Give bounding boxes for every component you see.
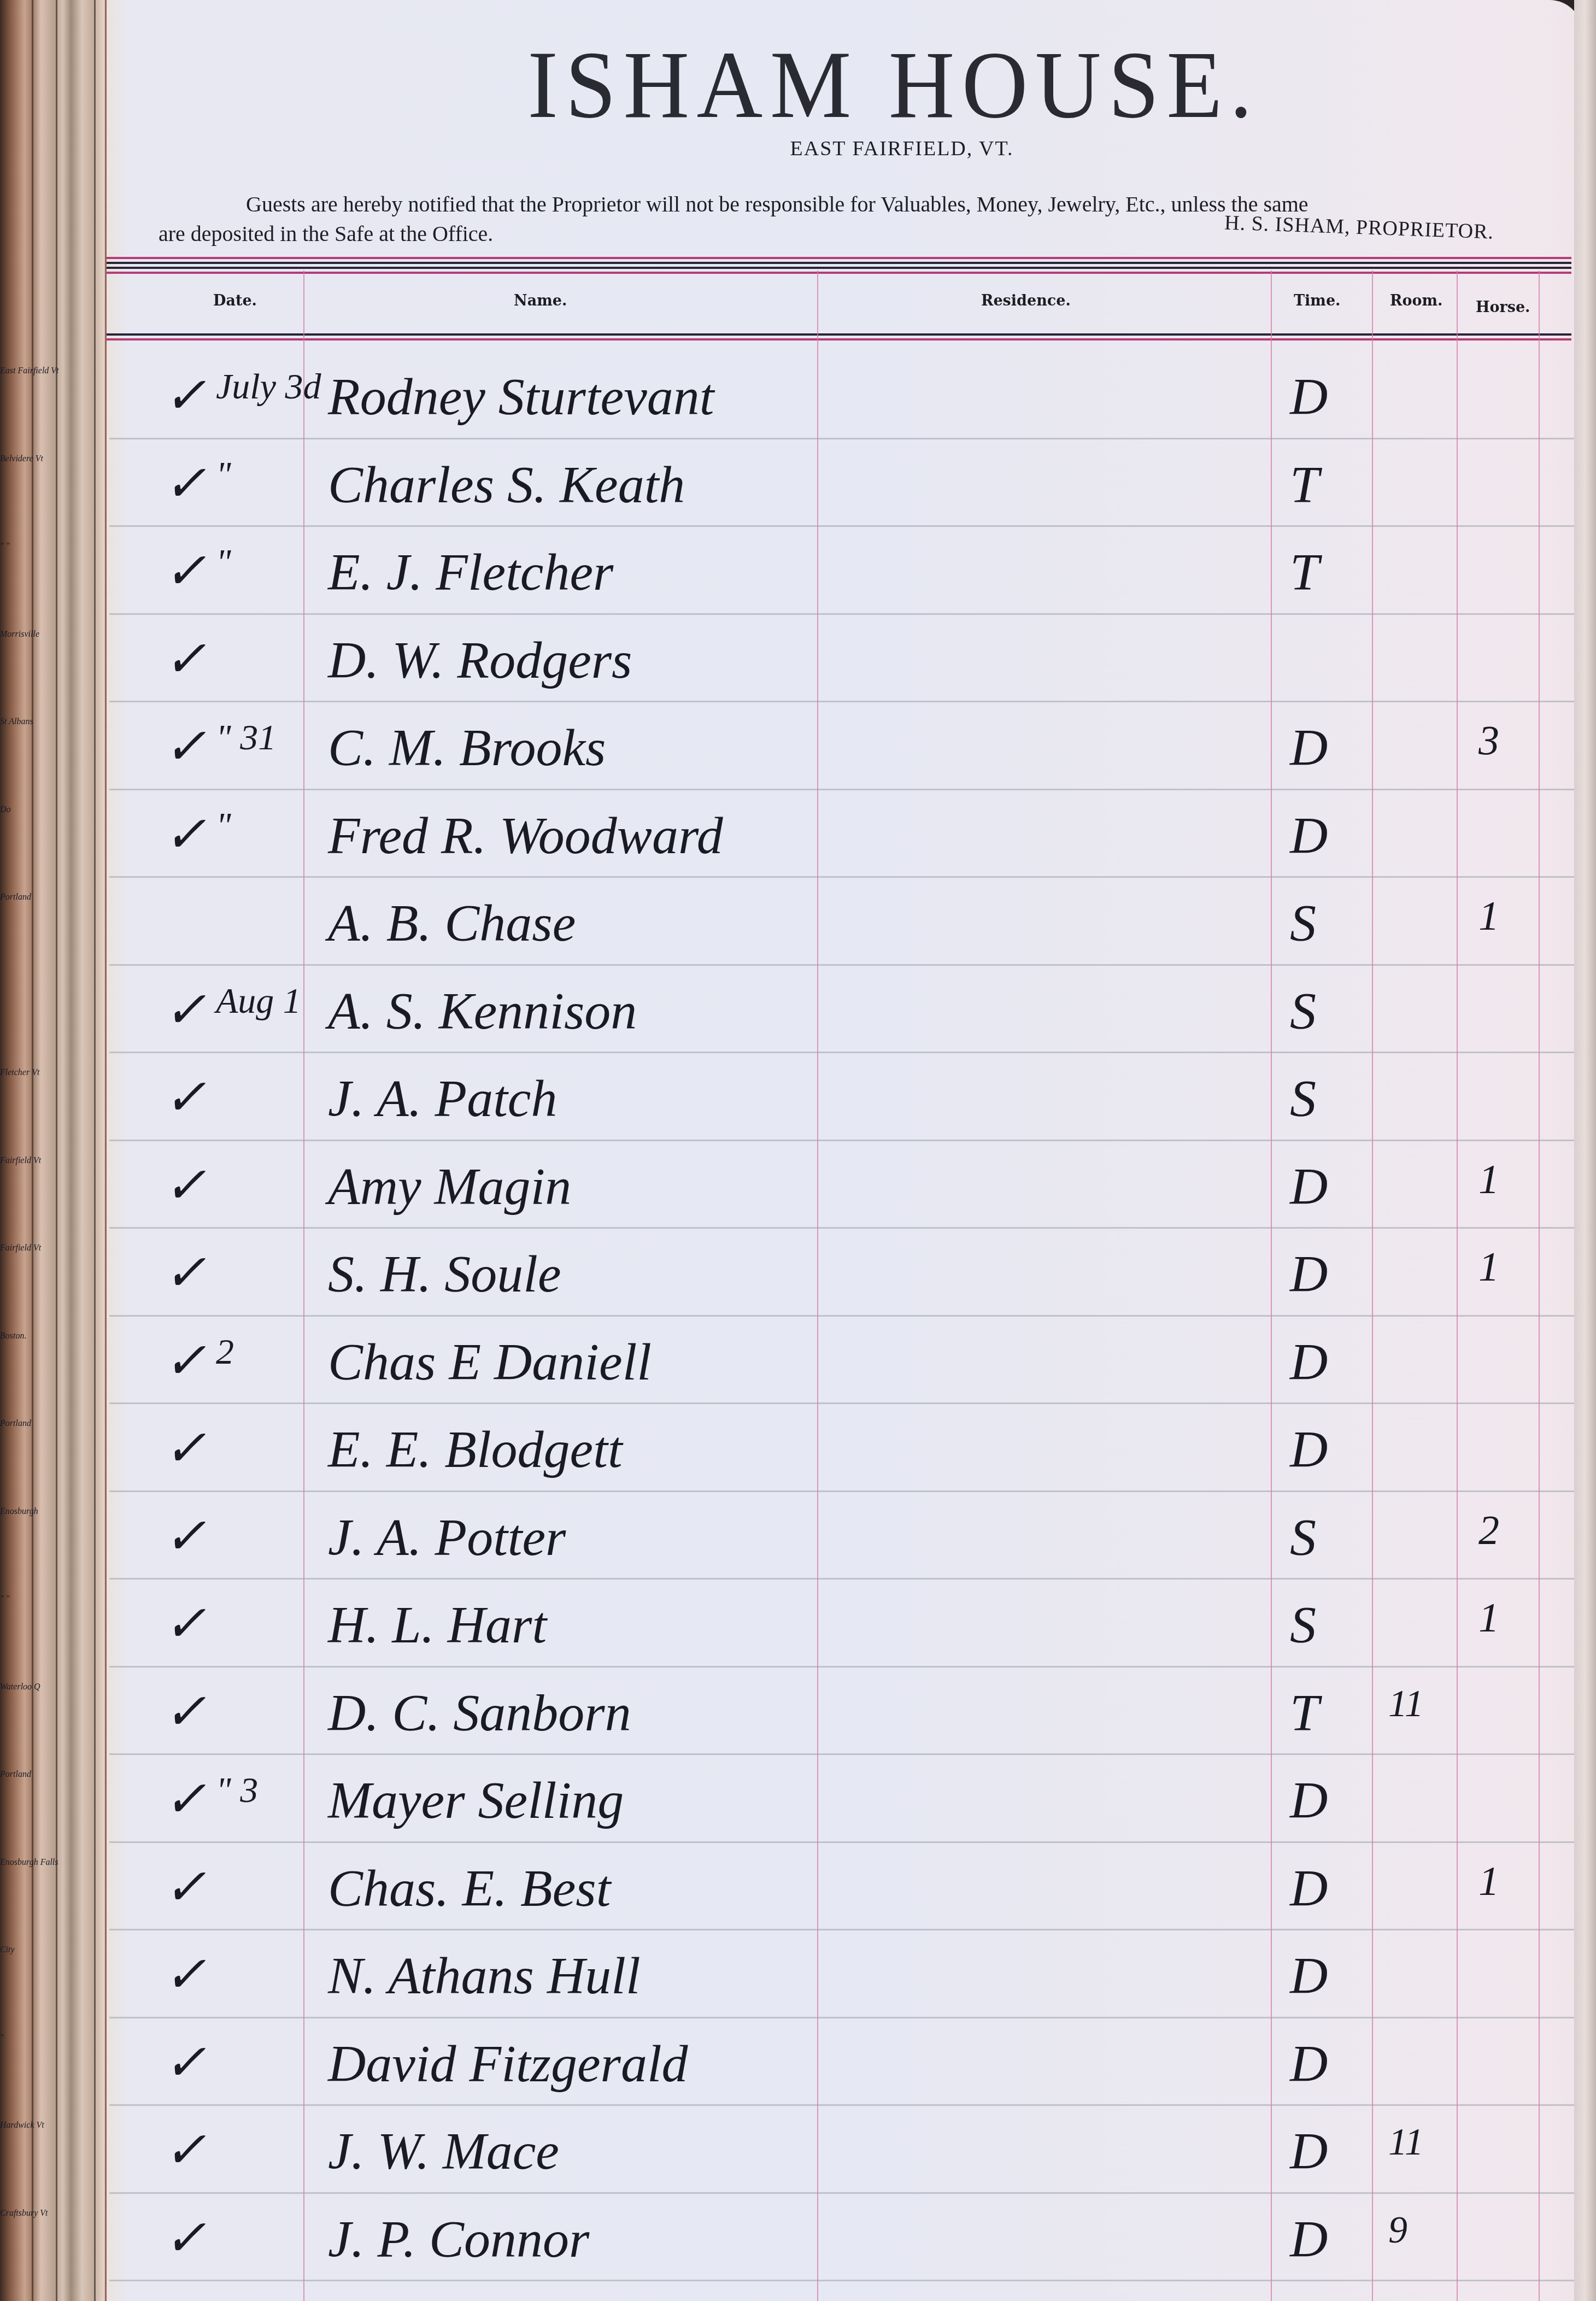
table-row: ✓S. H. SouleFairfield VtD1 <box>0 1243 1596 1334</box>
entry-residence: Portland <box>0 893 31 902</box>
entry-time: D <box>1290 1858 1328 1918</box>
entry-room: 9 <box>1388 2209 1407 2252</box>
entry-residence: Fletcher Vt <box>0 1068 39 1078</box>
entry-residence: " " <box>0 1594 9 1604</box>
table-row: ✓2Chas E DaniellBoston.D <box>0 1331 1596 1422</box>
entry-time: S <box>1290 981 1316 1041</box>
entry-time: D <box>1290 1156 1328 1217</box>
entry-name: David Fitzgerald <box>328 2033 688 2094</box>
entry-name: N. Athans Hull <box>328 1945 641 2006</box>
entry-time: D <box>1290 1419 1328 1480</box>
entry-residence: " " <box>0 542 9 551</box>
table-row: ✓N. Athans HullCityD <box>0 1945 1596 2035</box>
entry-residence: Belvidere Vt <box>0 454 43 464</box>
entry-date: " <box>216 454 231 496</box>
entry-date: " 31 <box>216 717 276 759</box>
table-row: ✓J. A. PatchFletcher VtS <box>0 1068 1596 1158</box>
table-row: ✓J. W. MaceHardwick VtD11 <box>0 2121 1596 2211</box>
entry-name: J. A. Patch <box>328 1068 557 1129</box>
table-row: ✓J. A. PotterEnosburghS2 <box>0 1507 1596 1597</box>
entry-residence: " <box>0 2033 4 2043</box>
checkmark-icon: ✓ <box>164 1594 206 1653</box>
entry-name: J. W. Mace <box>328 2121 559 2181</box>
entry-room: 11 <box>1388 2121 1424 2164</box>
checkmark-icon: ✓ <box>164 454 206 513</box>
entry-date: " <box>216 805 231 847</box>
hotel-title: ISHAM HOUSE. <box>517 30 1270 140</box>
entry-name: H. L. Hart <box>328 1594 547 1655</box>
entry-horse: 1 <box>1478 893 1499 940</box>
table-row: ✓E. E. BlodgettPortlandD <box>0 1419 1596 1509</box>
entry-name: Mayer Selling <box>328 1770 624 1830</box>
checkmark-icon: ✓ <box>164 981 206 1039</box>
table-row: ✓Amy MaginFairfield VtD1 <box>0 1156 1596 1246</box>
entry-name: D. C. Sanborn <box>328 1682 631 1743</box>
checkmark-icon: ✓ <box>164 542 206 600</box>
checkmark-icon: ✓ <box>164 1945 206 2004</box>
entry-time: D <box>1290 1243 1328 1304</box>
table-row: ✓"Fred R. WoodwardDoD <box>0 805 1596 895</box>
checkmark-icon: ✓ <box>164 1156 206 1214</box>
entry-residence: St Albans <box>0 717 33 727</box>
entry-time: D <box>1290 1331 1328 1392</box>
entry-name: Amy Magin <box>328 1156 571 1217</box>
entry-time: D <box>1290 805 1328 866</box>
table-row: ✓H. L. Hart" "S1 <box>0 1594 1596 1684</box>
entry-residence: Morrisville <box>0 630 39 639</box>
entry-residence: Fairfield Vt <box>0 1156 41 1166</box>
checkmark-icon: ✓ <box>164 1682 206 1741</box>
entry-name: J. P. Connor <box>328 2209 589 2269</box>
entry-date: July 3d <box>216 366 321 408</box>
entry-name: E. E. Blodgett <box>328 1419 623 1480</box>
notice-line-2: are deposited in the Safe at the Office. <box>159 218 493 250</box>
entry-name: J. A. Potter <box>328 1507 566 1568</box>
entry-residence: Enosburgh <box>0 1507 38 1517</box>
checkmark-icon: ✓ <box>164 1243 206 1302</box>
entry-name: C. M. Brooks <box>328 717 606 778</box>
entry-time: T <box>1290 1682 1319 1743</box>
entry-residence: Hardwick Vt <box>0 2121 44 2130</box>
entry-time: D <box>1290 2033 1328 2094</box>
checkmark-icon: ✓ <box>164 1419 206 1477</box>
table-row: A. B. ChasePortlandS1 <box>0 893 1596 983</box>
column-header-residence: Residence. <box>981 292 1071 309</box>
entry-date: Aug 1 <box>216 981 301 1022</box>
table-row: ✓July 3dRodney SturtevantEast Fairfield … <box>0 366 1596 456</box>
entry-horse: 3 <box>1478 717 1499 765</box>
entry-horse: 1 <box>1478 1858 1499 1905</box>
column-header-name: Name. <box>514 292 567 309</box>
entry-name: E. J. Fletcher <box>328 542 613 602</box>
checkmark-icon: ✓ <box>164 366 206 425</box>
entry-horse: 1 <box>1478 1156 1499 1204</box>
entry-name: Rodney Sturtevant <box>328 366 714 427</box>
checkmark-icon: ✓ <box>164 717 206 776</box>
checkmark-icon: ✓ <box>164 2209 206 2267</box>
hotel-location: EAST FAIRFIELD, VT. <box>711 137 1093 161</box>
checkmark-icon: ✓ <box>164 2121 206 2179</box>
entry-date: " <box>216 542 231 583</box>
entry-residence: Craftsbury Vt <box>0 2209 48 2218</box>
column-header-room: Room. <box>1390 292 1442 309</box>
table-row: ✓"Charles S. KeathBelvidere VtT <box>0 454 1596 544</box>
entry-horse: 1 <box>1478 1243 1499 1291</box>
entry-name: A. S. Kennison <box>328 981 637 1041</box>
entry-residence: Portland <box>0 1419 31 1429</box>
entry-name: Chas E Daniell <box>328 1331 652 1392</box>
entry-name: Chas. E. Best <box>328 1858 611 1918</box>
entry-horse: 2 <box>1478 1507 1499 1554</box>
entry-residence: Portland <box>0 1770 31 1780</box>
header-top-rule <box>107 257 1571 277</box>
entry-time: S <box>1290 1507 1316 1568</box>
entry-name: Fred R. Woodward <box>328 805 723 866</box>
entry-time: T <box>1290 454 1319 515</box>
checkmark-icon: ✓ <box>164 805 206 864</box>
column-header-horse: Horse. <box>1476 299 1530 316</box>
table-row: ✓Aug 1A. S. KennisonS <box>0 981 1596 1071</box>
entry-name: D. W. Rodgers <box>328 630 632 690</box>
entry-horse: 1 <box>1478 1594 1499 1642</box>
entry-time: D <box>1290 1770 1328 1830</box>
entry-residence: East Fairfield Vt <box>0 366 59 376</box>
entry-time: T <box>1290 542 1319 602</box>
entry-residence: Enosburgh Falls <box>0 1858 58 1868</box>
column-header-time: Time. <box>1294 292 1341 309</box>
entry-time: S <box>1290 1068 1316 1129</box>
table-row: ✓" 31C. M. BrooksSt AlbansD3 <box>0 717 1596 807</box>
table-row: ✓J. P. ConnorCraftsbury VtD9 <box>0 2209 1596 2299</box>
checkmark-icon: ✓ <box>164 2033 206 2092</box>
checkmark-icon: ✓ <box>164 1507 206 1565</box>
entry-name: A. B. Chase <box>328 893 576 953</box>
entry-residence: Do <box>0 805 11 815</box>
table-row: ✓David Fitzgerald"D <box>0 2033 1596 2123</box>
column-header-row: Date. Name. Residence. Time. Room. Horse… <box>107 276 1571 336</box>
entry-time: D <box>1290 366 1328 427</box>
checkmark-icon: ✓ <box>164 1770 206 1828</box>
column-header-date: Date. <box>213 292 257 309</box>
entry-time: D <box>1290 2209 1328 2269</box>
table-row: ✓D. W. RodgersMorrisville <box>0 630 1596 720</box>
entry-residence: Boston. <box>0 1331 26 1341</box>
header-bottom-rule <box>107 333 1571 343</box>
entry-residence: Fairfield Vt <box>0 1243 41 1253</box>
entry-time: D <box>1290 717 1328 778</box>
entry-residence: City <box>0 1945 15 1955</box>
table-row: ✓Chas. E. BestEnosburgh FallsD1 <box>0 1858 1596 1948</box>
entry-residence: Waterloo Q <box>0 1682 40 1692</box>
entry-room: 11 <box>1388 1682 1424 1726</box>
table-row: ✓" 3Mayer SellingPortlandD <box>0 1770 1596 1860</box>
entry-time: D <box>1290 1945 1328 2006</box>
table-row: ✓"E. J. Fletcher" "T <box>0 542 1596 632</box>
checkmark-icon: ✓ <box>164 1331 206 1390</box>
entry-date: 2 <box>216 1331 234 1373</box>
entry-time: S <box>1290 893 1316 953</box>
checkmark-icon: ✓ <box>164 630 206 688</box>
table-row: ✓D. C. SanbornWaterloo QT11 <box>0 1682 1596 1772</box>
entry-time: S <box>1290 1594 1316 1655</box>
checkmark-icon: ✓ <box>164 1068 206 1126</box>
notice-line-1: Guests are hereby notified that the Prop… <box>246 189 1309 220</box>
entry-date: " 3 <box>216 1770 258 1811</box>
checkmark-icon: ✓ <box>164 1858 206 1916</box>
entry-name: S. H. Soule <box>328 1243 561 1304</box>
entry-name: Charles S. Keath <box>328 454 685 515</box>
entry-time: D <box>1290 2121 1328 2181</box>
